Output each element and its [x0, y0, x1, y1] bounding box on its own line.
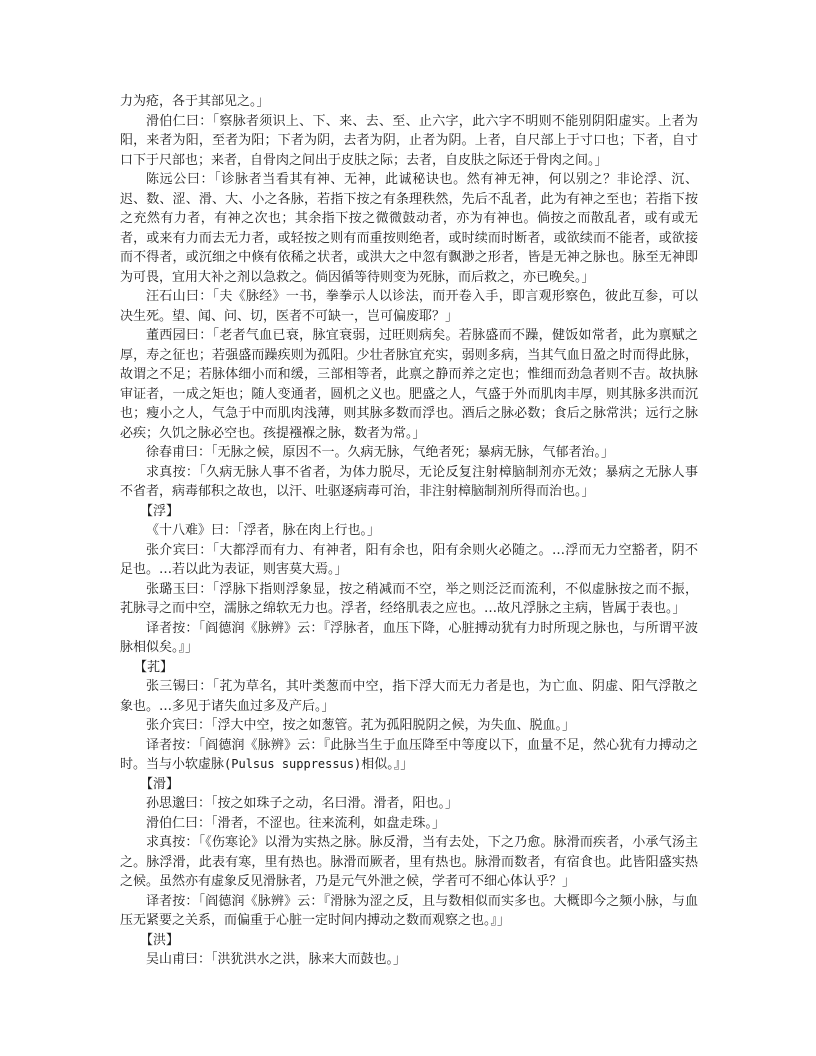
section-heading-fu: 【浮】 [120, 502, 698, 522]
paragraph-translator-note-hua: 译者按：「阎德润《脉辨》云：『滑脉为涩之反，且与数相似而实多也。大概即今之频小脉… [120, 892, 698, 931]
paragraph-hua-boren-liuzi: 滑伯仁曰：「察脉者须识上、下、来、去、至、止六字，此六字不明则不能别阴阳虚实。上… [120, 112, 698, 171]
note-text-after: 相似。』」 [361, 757, 413, 772]
paragraph-sun-simiao: 孙思邈曰：「按之如珠子之动，名曰滑。滑者，阳也。」 [120, 794, 698, 814]
paragraph-qiuzhen-note-wumai: 求真按：「久病无脉人事不省者，为体力脱尽，无论反复注射樟脑制剂亦无效；暴病之无脉… [120, 463, 698, 502]
paragraph-shibanan: 《十八难》曰：「浮者，脉在肉上行也。」 [120, 521, 698, 541]
section-heading-kou: 【芤】 [120, 658, 698, 678]
paragraph-qiuzhen-note-hua: 求真按：「《伤寒论》以滑为实热之脉。脉反滑，当有去处，下之乃愈。脉滑而疾者，小承… [120, 833, 698, 892]
paragraph-translator-note-kou: 译者按：「阎德润《脉辨》云：『此脉当生于血压降至中等度以下，血量不足，然心犹有力… [120, 736, 698, 775]
paragraph-chen-yuangong: 陈远公曰：「诊脉者当看其有神、无神，此诚秘诀也。然有神无神，何以别之？非论浮、沉… [120, 170, 698, 287]
paragraph-wang-shishan: 汪石山曰：「夫《脉经》一书，拳拳示人以诊法，而开卷入手，即言观形察色，彼此互参，… [120, 287, 698, 326]
paragraph-wu-shanfu: 吴山甫曰：「洪犹洪水之洪，脉来大而鼓也。」 [120, 950, 698, 970]
document-page: 力为疮，各于其部见之。」 滑伯仁曰：「察脉者须识上、下、来、去、至、止六字，此六… [120, 92, 698, 970]
paragraph-dong-xiyuan: 董西园曰：「老者气血已衰，脉宜衰弱，过旺则病矣。若脉盛而不躁，健饭如常者，此为禀… [120, 326, 698, 443]
latin-term: (Pulsus suppressus) [224, 757, 361, 771]
section-heading-hong: 【洪】 [120, 931, 698, 951]
paragraph-translator-note-fu: 译者按：「阎德润《脉辨》云：『浮脉者，血压下降，心脏搏动犹有力时所现之脉也，与所… [120, 619, 698, 658]
paragraph-zhang-jiebin-kou: 张介宾曰：「浮大中空，按之如葱管。芤为孤阳脱阴之候，为失血、脱血。」 [120, 716, 698, 736]
paragraph-zhang-sanxi: 张三锡曰：「芤为草名，其叶类葱而中空，指下浮大而无力者是也，为亡血、阴虚、阳气浮… [120, 677, 698, 716]
section-heading-hua: 【滑】 [120, 775, 698, 795]
paragraph-continuation: 力为疮，各于其部见之。」 [120, 92, 698, 112]
paragraph-xu-chunfu: 徐春甫曰：「无脉之候，原因不一。久病无脉，气绝者死；暴病无脉，气郁者治。」 [120, 443, 698, 463]
paragraph-hua-boren-hua: 滑伯仁曰：「滑者，不涩也。往来流利，如盘走珠。」 [120, 814, 698, 834]
paragraph-zhang-luyu: 张璐玉曰：「浮脉下指则浮象显，按之稍减而不空，举之则泛泛而流利，不似虚脉按之而不… [120, 580, 698, 619]
paragraph-zhang-jiebin-fu: 张介宾曰：「大都浮而有力、有神者，阳有余也，阳有余则火必随之。…浮而无力空豁者，… [120, 541, 698, 580]
